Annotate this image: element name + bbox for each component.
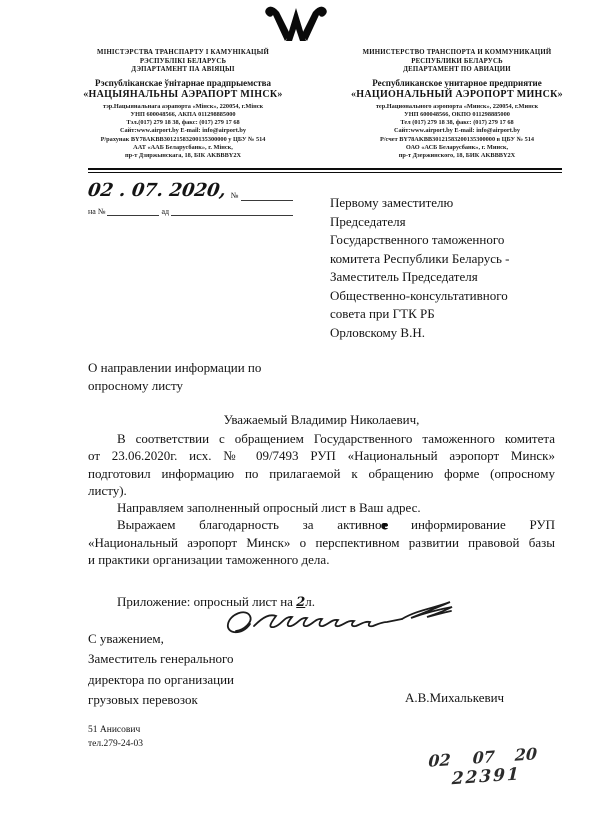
- org-detail: тер.Национального аэропорта «Минск», 220…: [331, 103, 583, 111]
- org-detail: ААТ «ААБ Беларусбанк», г. Мінск,: [57, 144, 309, 152]
- registration-stamp-handwritten: 020720 22391: [427, 744, 537, 791]
- reference-block: 02 . 07. 2020, № на № ад: [88, 174, 293, 216]
- org-detail: пр-т Дзяржынскага, 18, БІК AKBBBY2X: [57, 152, 309, 160]
- closing-block: С уважением, Заместитель генерального ди…: [88, 629, 234, 710]
- ministry-line: МИНИСТЕРСТВО ТРАНСПОРТА И КОММУНИКАЦИЙ: [331, 49, 583, 58]
- subject-line: О направлении информации по: [88, 359, 261, 377]
- recipient-line: комитета Республики Беларусь -: [330, 250, 572, 269]
- body-line: Выражаем благодарность за активное инфор…: [88, 516, 555, 533]
- org-detail: УНП 600048566, АКПА 011298885000: [57, 111, 309, 119]
- body-text-segment: Выражаем благодарность за активно: [117, 517, 381, 532]
- body-line: «Национальный аэропорт Минск» о перспект…: [88, 534, 555, 551]
- ministry-line: РЕСПУБЛИКИ БЕЛАРУСЬ: [331, 58, 583, 67]
- salutation: Уважаемый Владимир Николаевич,: [88, 412, 555, 428]
- stamp-month: 07: [472, 747, 495, 768]
- org-detail: Сайт:www.airport.by E-mail: info@airport…: [57, 127, 309, 135]
- handwritten-signature: [220, 594, 480, 642]
- org-detail: Тэл.(017) 279 18 38, факс: (017) 279 17 …: [57, 119, 309, 127]
- body-line: и практики организации таможенного дела.: [88, 551, 555, 568]
- org-detail: УНП 600048566, ОКПО 011298885000: [331, 111, 583, 119]
- executor-phone: тел.279-24-03: [88, 738, 143, 752]
- letterhead-left: МІНІСТЭРСТВА ТРАНСПАРТУ І КАМУНІКАЦЫЙ РЭ…: [57, 49, 309, 160]
- org-detail: ОАО «АСБ Беларусбанк», г. Минск,: [331, 144, 583, 152]
- letter-page: МІНІСТЭРСТВА ТРАНСПАРТУ І КАМУНІКАЦЫЙ РЭ…: [0, 0, 591, 834]
- subject-line: опросному листу: [88, 377, 261, 395]
- airport-logo-icon: [258, 3, 334, 43]
- org-type: Рэспубліканскае ўнітарнае прадпрыемства: [57, 78, 309, 89]
- recipient-line: Орловскому В.Н.: [330, 324, 572, 343]
- org-type: Республиканское унитарное предприятие: [331, 78, 583, 89]
- org-detail: Сайт:www.airport.by E-mail: info@airport…: [331, 127, 583, 135]
- ministry-line: ДЭПАРТАМЕНТ ПА АВІЯЦЫІ: [57, 66, 309, 75]
- ministry-line: ДЕПАРТАМЕНТ ПО АВИАЦИИ: [331, 66, 583, 75]
- body-line: подготовил информацию по прилагаемой к о…: [88, 465, 555, 482]
- ref-date-handwritten: 02 . 07. 2020,: [87, 181, 228, 201]
- org-detail: Р/рахунак BY78AKBB30121583200135300000 у…: [57, 136, 309, 144]
- executor-block: 51 Анисович тел.279-24-03: [88, 724, 143, 751]
- recipient-line: совета при ГТК РБ: [330, 305, 572, 324]
- recipient-line: Председателя: [330, 213, 572, 232]
- recipient-line: Заместитель Председателя: [330, 268, 572, 287]
- signer-name: А.В.Михалькевич: [405, 690, 504, 706]
- ref-reply-label: на №: [88, 207, 105, 216]
- org-name: «НАЦИОНАЛЬНЫЙ АЭРОПОРТ МИНСК»: [331, 89, 583, 101]
- org-detail: Р/счет BY78AKBB30121583200135300000 в ЦБ…: [331, 136, 583, 144]
- letter-body: В соответствии с обращением Государствен…: [88, 430, 555, 568]
- ref-number-label: №: [231, 191, 239, 200]
- ministry-line: РЭСПУБЛІКІ БЕЛАРУСЬ: [57, 58, 309, 67]
- closing-line: С уважением,: [88, 629, 234, 649]
- subject-block: О направлении информации по опросному ли…: [88, 359, 261, 394]
- body-line: Направляем заполненный опросный лист в В…: [88, 499, 555, 516]
- signer-title-line: Заместитель генерального: [88, 649, 234, 669]
- ref-number-line: [241, 174, 293, 201]
- body-line: В соответствии с обращением Государствен…: [88, 430, 555, 447]
- executor-name: 51 Анисович: [88, 724, 143, 738]
- org-detail: тэр.Нацыянальнага аэрапорта «Мінск», 220…: [57, 103, 309, 111]
- stamp-year: 20: [514, 744, 537, 765]
- ref-reply-line: [107, 201, 159, 216]
- body-line: от 23.06.2020г. исх. № 09/7493 РУП «Наци…: [88, 447, 555, 464]
- header-rule: [88, 168, 562, 173]
- recipient-line: Общественно-консультативного: [330, 287, 572, 306]
- ref-reply-date-line: [171, 201, 293, 216]
- org-detail: пр-т Дзержинского, 18, БИК AKBBBY2X: [331, 152, 583, 160]
- org-name: «НАЦЫЯНАЛЬНЫ АЭРАПОРТ МІНСК»: [57, 89, 309, 101]
- recipient-line: Первому заместителю: [330, 194, 572, 213]
- recipient-line: Государственного таможенного: [330, 231, 572, 250]
- ministry-line: МІНІСТЭРСТВА ТРАНСПАРТУ І КАМУНІКАЦЫЙ: [57, 49, 309, 58]
- letterhead-right: МИНИСТЕРСТВО ТРАНСПОРТА И КОММУНИКАЦИЙ Р…: [331, 49, 583, 160]
- org-detail: Тел (017) 279 18 38, факс: (017) 279 17 …: [331, 119, 583, 127]
- ref-reply-date-label: ад: [161, 207, 169, 216]
- signer-title-line: грузовых перевозок: [88, 690, 234, 710]
- signer-title-line: директора по организации: [88, 670, 234, 690]
- body-text-segment: информирование РУП: [387, 517, 555, 532]
- recipient-block: Первому заместителю Председателя Государ…: [330, 194, 572, 342]
- body-line: листу).: [88, 482, 555, 499]
- stamp-day: 02: [428, 750, 451, 771]
